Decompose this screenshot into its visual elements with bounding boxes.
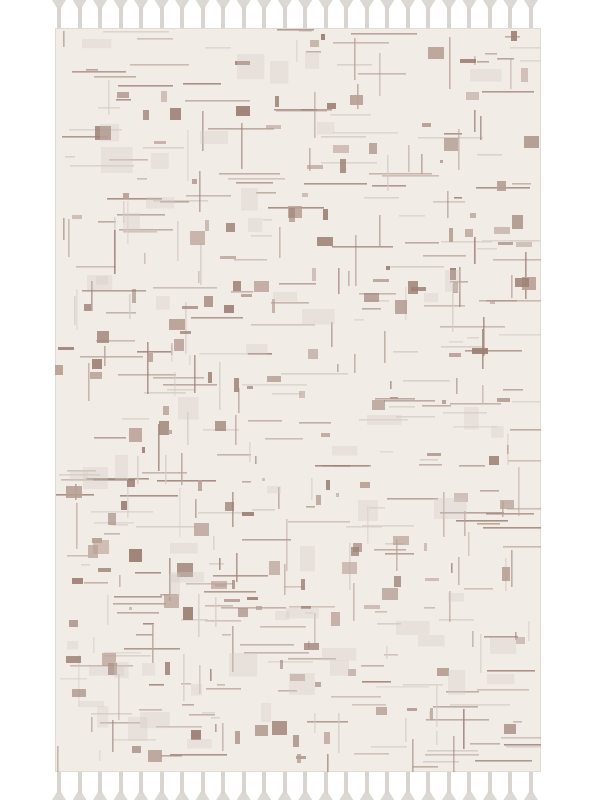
tassel xyxy=(134,0,148,28)
tassel xyxy=(93,772,107,800)
tassel xyxy=(483,0,497,28)
tassel xyxy=(155,772,169,800)
tassel xyxy=(73,0,87,28)
tassel xyxy=(155,0,169,28)
tassel xyxy=(442,0,456,28)
tassel xyxy=(339,772,353,800)
tassel xyxy=(421,772,435,800)
tassel xyxy=(319,0,333,28)
tassel xyxy=(114,0,128,28)
tassel xyxy=(319,772,333,800)
tassel xyxy=(114,772,128,800)
tassel xyxy=(503,0,517,28)
tassel xyxy=(52,772,66,800)
bottom-fringe xyxy=(55,772,541,800)
rug xyxy=(55,28,541,772)
tassel xyxy=(401,0,415,28)
tassel xyxy=(524,772,538,800)
tassel xyxy=(298,772,312,800)
tassel xyxy=(278,772,292,800)
tassel xyxy=(93,0,107,28)
tassel xyxy=(298,0,312,28)
tassel xyxy=(339,0,353,28)
tassel xyxy=(462,772,476,800)
tassel xyxy=(524,0,538,28)
top-fringe xyxy=(55,0,541,28)
tassel xyxy=(360,772,374,800)
tassel xyxy=(503,772,517,800)
tassel xyxy=(175,0,189,28)
tassel xyxy=(257,772,271,800)
tassel xyxy=(216,0,230,28)
tassel xyxy=(401,772,415,800)
tassel xyxy=(134,772,148,800)
tassel xyxy=(73,772,87,800)
tassel xyxy=(237,0,251,28)
tassel xyxy=(483,772,497,800)
tassel xyxy=(462,0,476,28)
tassel xyxy=(175,772,189,800)
tassel xyxy=(421,0,435,28)
tassel xyxy=(196,772,210,800)
rug-pattern xyxy=(55,28,541,772)
tassel xyxy=(257,0,271,28)
tassel xyxy=(196,0,210,28)
tassel xyxy=(216,772,230,800)
tassel xyxy=(380,0,394,28)
tassel xyxy=(52,0,66,28)
tassel xyxy=(360,0,374,28)
tassel xyxy=(442,772,456,800)
tassel xyxy=(278,0,292,28)
tassel xyxy=(237,772,251,800)
tassel xyxy=(380,772,394,800)
